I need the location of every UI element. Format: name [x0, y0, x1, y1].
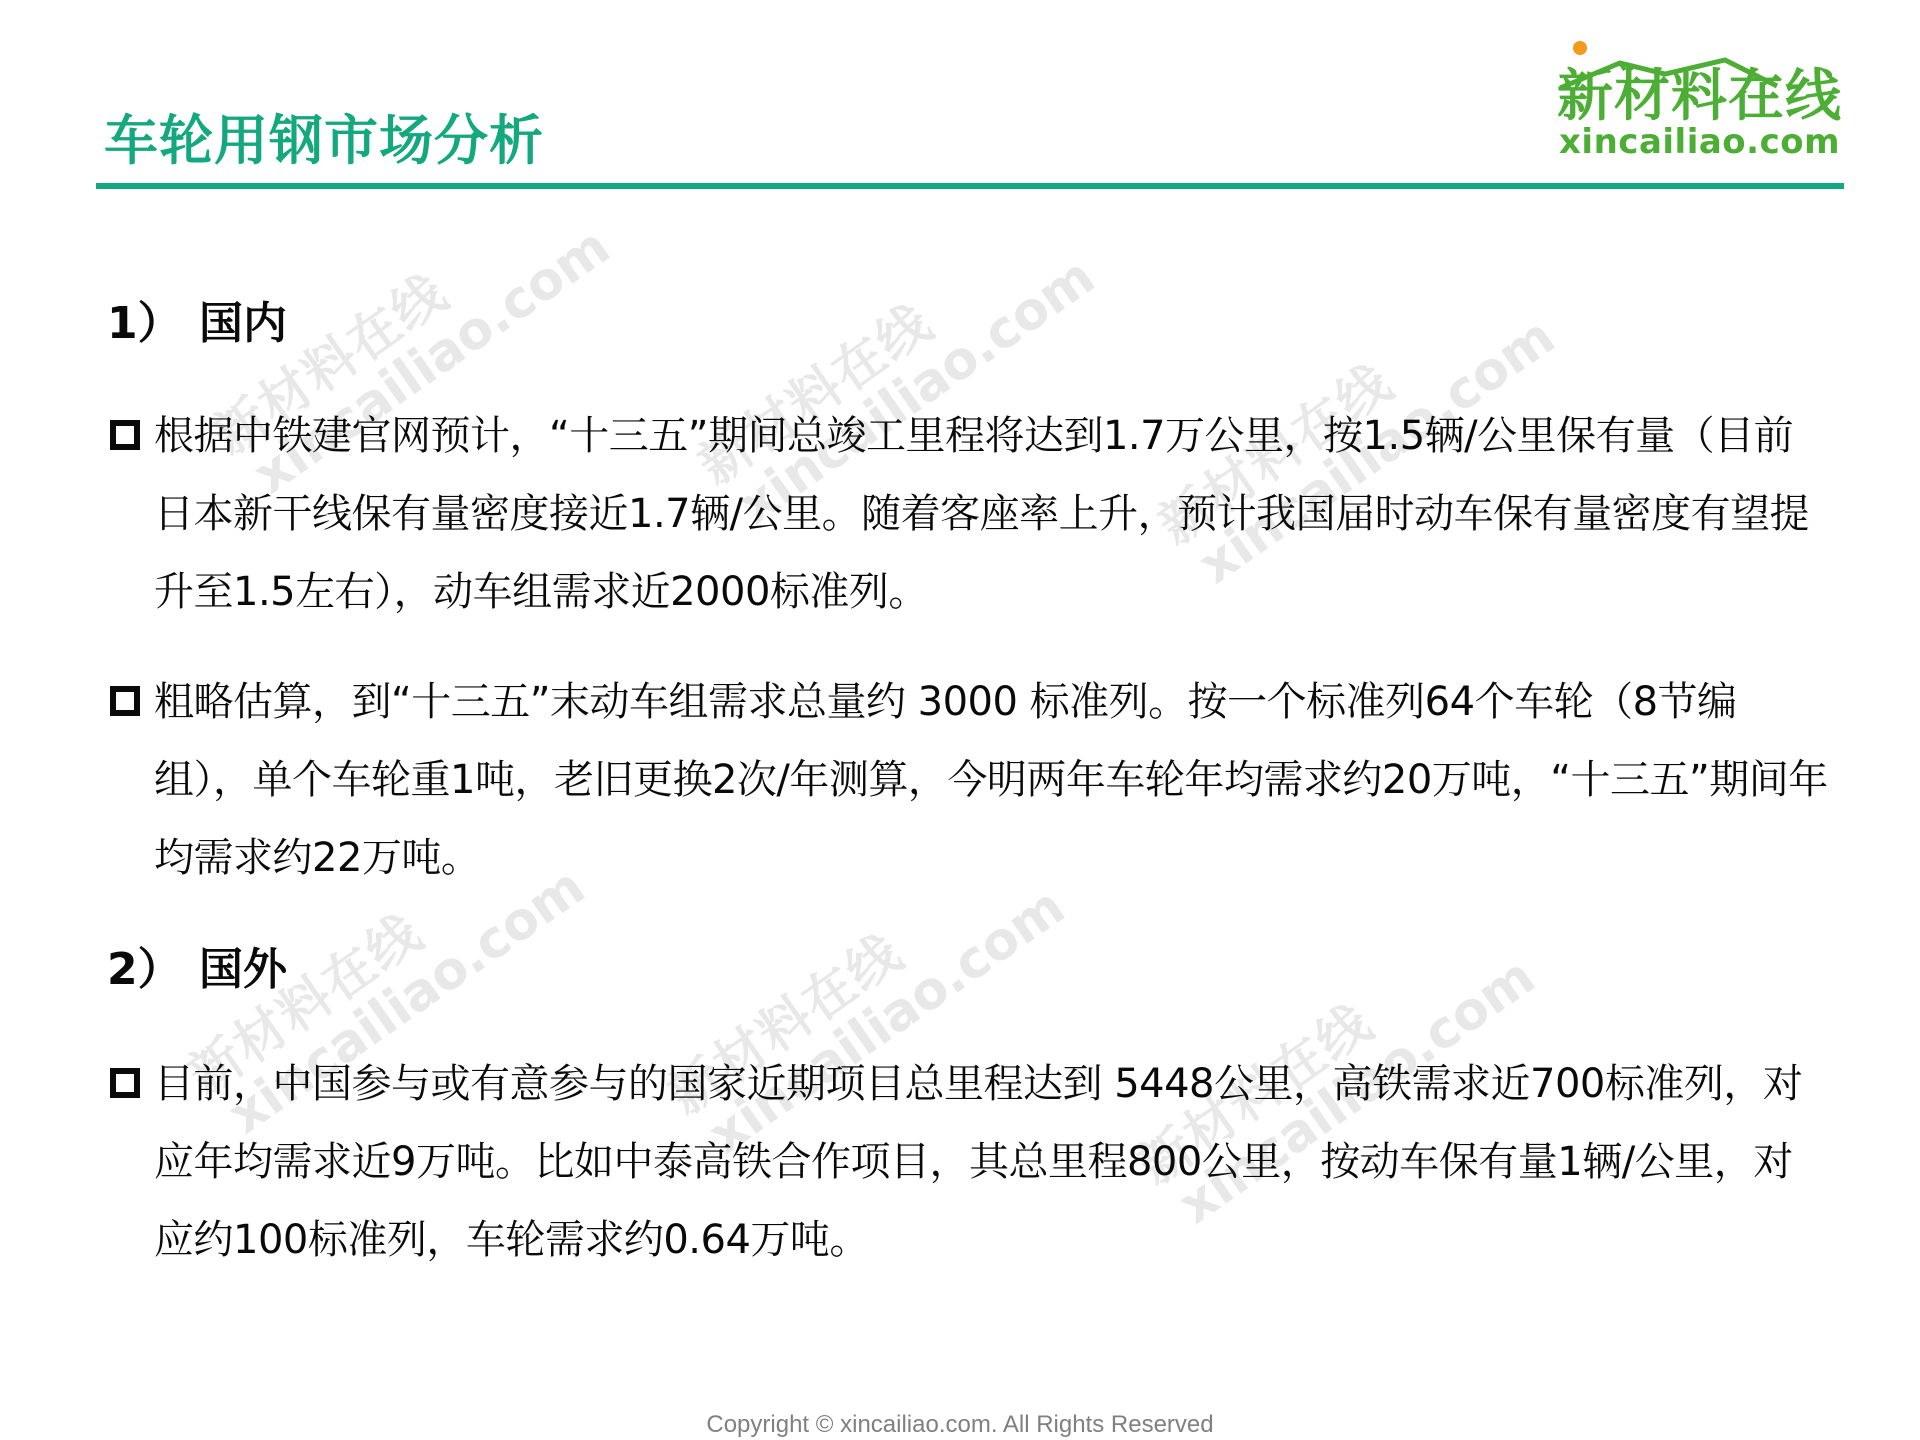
square-bullet-icon — [110, 420, 140, 450]
section-title: 国内 — [199, 298, 287, 349]
bullet-text: 粗略估算，到“十三五”末动车组需求总量约 3000 标准列。按一个标准列64个车… — [154, 663, 1830, 897]
square-bullet-icon — [110, 686, 140, 716]
logo-text-en: xincailiao.com — [1559, 122, 1840, 162]
logo-text-cn: 新材料在线 — [1557, 64, 1842, 130]
bullet-text: 目前，中国参与或有意参与的国家近期项目总里程达到 5448公里，高铁需求近700… — [154, 1045, 1830, 1279]
title-divider — [96, 183, 1844, 189]
page-title: 车轮用钢市场分析 — [104, 104, 544, 178]
square-bullet-icon — [110, 1068, 140, 1098]
brand-logo: 新材料在线 xincailiao.com — [1555, 30, 1855, 160]
bullet-item: 根据中铁建官网预计，“十三五”期间总竣工里程将达到1.7万公里，按1.5辆/公里… — [110, 397, 1830, 631]
copyright-footer: Copyright © xincailiao.com. All Rights R… — [0, 1410, 1920, 1440]
bullet-text: 根据中铁建官网预计，“十三五”期间总竣工里程将达到1.7万公里，按1.5辆/公里… — [154, 397, 1830, 631]
section-heading-domestic: 1）国内 — [107, 294, 287, 354]
section-heading-overseas: 2）国外 — [107, 940, 287, 1000]
section-number: 1） — [107, 294, 199, 354]
bullet-item: 粗略估算，到“十三五”末动车组需求总量约 3000 标准列。按一个标准列64个车… — [110, 663, 1830, 897]
section-title: 国外 — [199, 944, 287, 995]
section-number: 2） — [107, 940, 199, 1000]
bullet-item: 目前，中国参与或有意参与的国家近期项目总里程达到 5448公里，高铁需求近700… — [110, 1045, 1830, 1279]
